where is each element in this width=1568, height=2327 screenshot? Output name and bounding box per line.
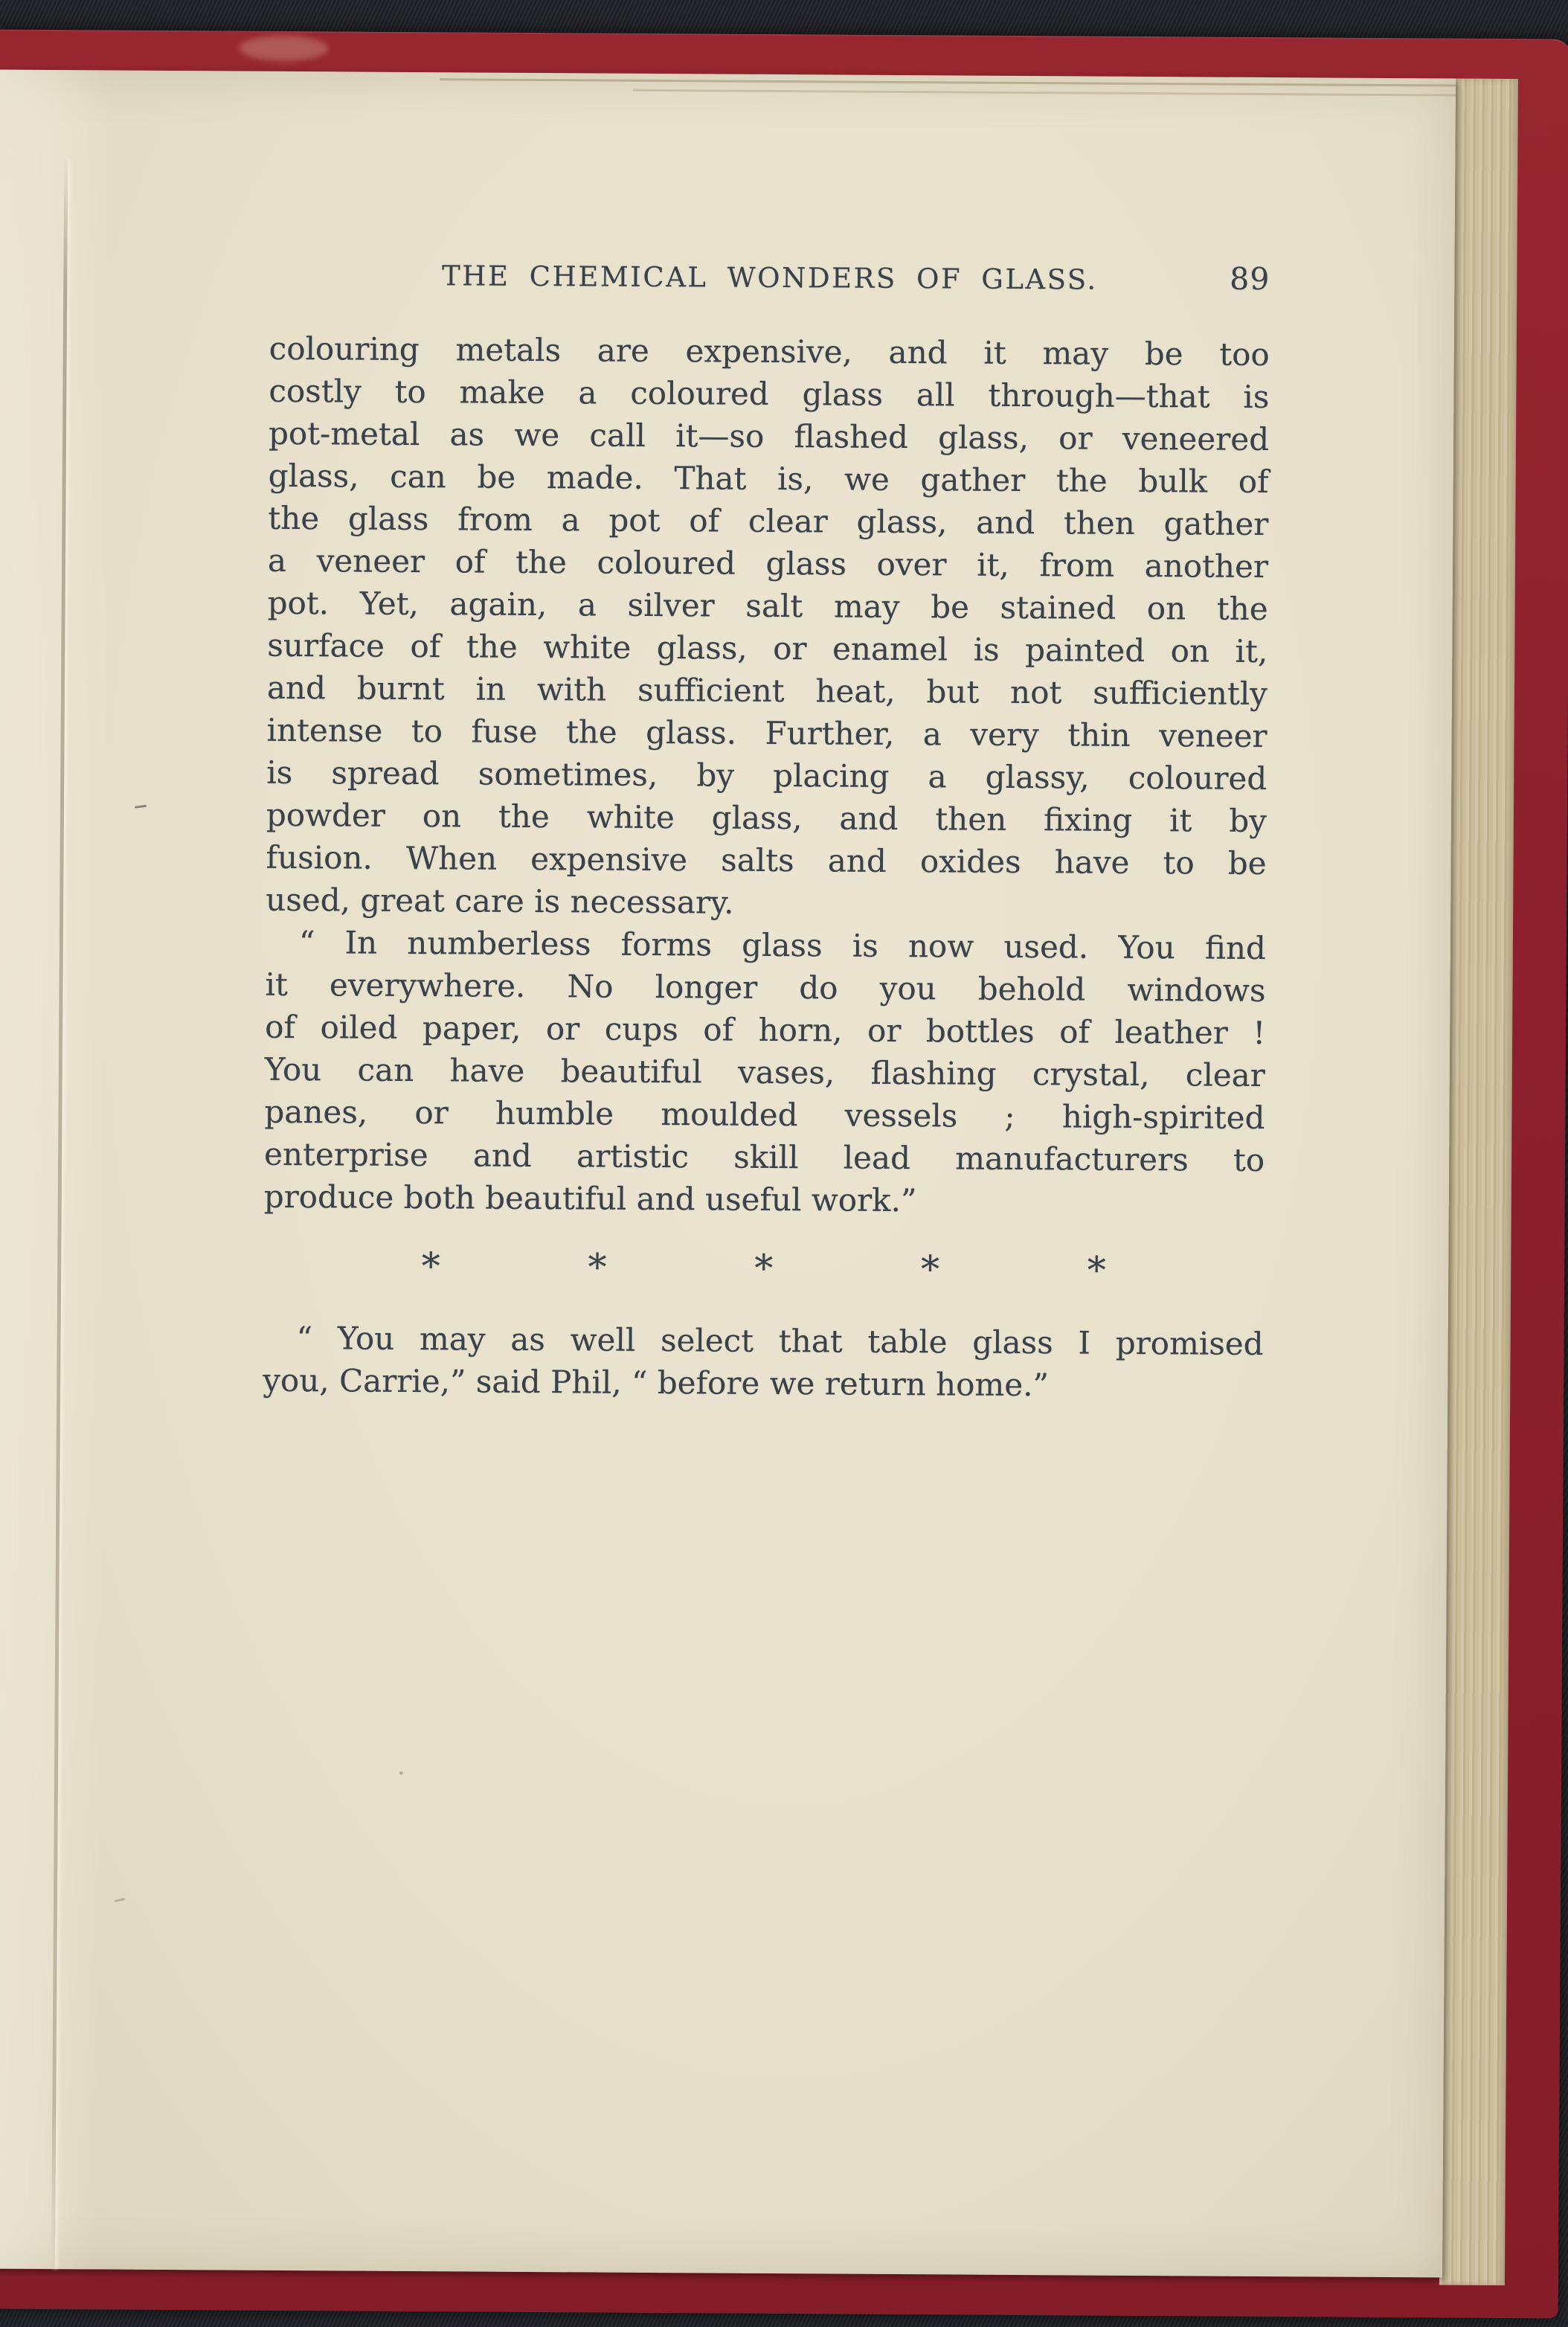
scan-artifact (399, 1771, 403, 1775)
asterisk-glyph: * (754, 1248, 773, 1290)
text-line: used, great care is necessary. (266, 879, 1266, 927)
text-line: of oiled paper, or cups of horn, or bott… (265, 1006, 1265, 1054)
text-line: pot. Yet, again, a silver salt may be st… (268, 582, 1268, 630)
asterisk-separator: * * * * * (422, 1245, 1106, 1292)
page-edge-line (440, 78, 1456, 86)
body-text: colouring metals are expensive, and it m… (263, 327, 1270, 1408)
book-page: THE CHEMICAL WONDERS OF GLASS. 89 colour… (0, 70, 1456, 2278)
asterisk-glyph: * (588, 1246, 606, 1288)
text-line: glass, can be made. That is, we gather t… (269, 455, 1269, 503)
book-cover: THE CHEMICAL WONDERS OF GLASS. 89 colour… (0, 30, 1568, 2319)
text-line: You can have beautiful vases, flashing c… (265, 1048, 1265, 1097)
text-line: “ You may as well select that table glas… (263, 1317, 1263, 1365)
asterisk-glyph: * (422, 1245, 440, 1288)
text-line: intense to fuse the glass. Further, a ve… (266, 709, 1267, 757)
text-line: a veneer of the coloured glass over it, … (268, 539, 1268, 588)
text-line: fusion. When expensive salts and oxides … (266, 836, 1266, 885)
text-line: pot-metal as we call it—so flashed glass… (269, 412, 1269, 460)
text-line: surface of the white glass, or enamel is… (267, 624, 1267, 673)
asterisk-glyph: * (1087, 1250, 1106, 1292)
scan-artifact (115, 1898, 125, 1902)
cover-wear-patch (239, 36, 328, 62)
text-line: you, Carrie,” said Phil, “ before we ret… (263, 1359, 1263, 1408)
page-edge-line (633, 89, 1456, 97)
text-line: “ In numberless forms glass is now used.… (266, 921, 1266, 969)
page-number: 89 (1230, 263, 1270, 295)
text-line: is spread sometimes, by placing a glassy… (266, 751, 1267, 800)
text-line: and burnt in with sufficient heat, but n… (267, 667, 1267, 715)
text-line: enterprise and artistic skill lead manuf… (264, 1133, 1265, 1181)
running-header: THE CHEMICAL WONDERS OF GLASS. 89 (269, 259, 1270, 301)
text-line: powder on the white glass, and then fixi… (266, 794, 1267, 842)
running-title: THE CHEMICAL WONDERS OF GLASS. (442, 260, 1098, 295)
text-line: colouring metals are expensive, and it m… (269, 327, 1270, 376)
asterisk-glyph: * (921, 1248, 939, 1291)
text-line: produce both beautiful and useful work.” (264, 1175, 1265, 1224)
text-line: panes, or humble moulded vessels ; high-… (264, 1091, 1265, 1139)
text-line: the glass from a pot of clear glass, and… (268, 497, 1268, 545)
scan-artifact (135, 805, 147, 809)
closing-paragraph: “ You may as well select that table glas… (263, 1317, 1264, 1408)
page-crease (51, 159, 68, 2269)
text-line: it everywhere. No longer do you behold w… (265, 963, 1265, 1012)
text-line: costly to make a coloured glass all thro… (269, 370, 1269, 418)
scan-background: { "page": { "header": { "title": "THE CH… (0, 0, 1568, 2327)
